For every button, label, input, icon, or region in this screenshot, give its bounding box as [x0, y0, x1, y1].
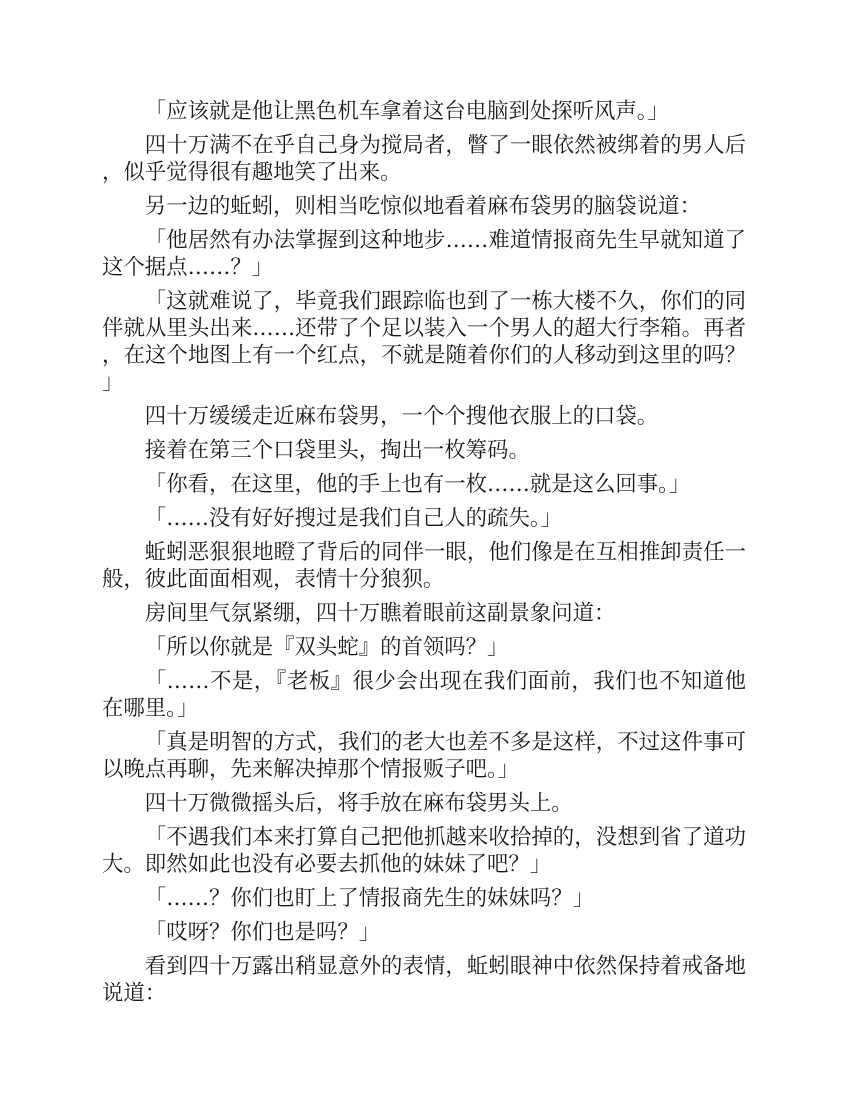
- paragraph: 蚯蚓恶狠狠地瞪了背后的同伴一眼，他们像是在互相推卸责任一般，彼此面面相观，表情十…: [102, 539, 746, 593]
- paragraph: 接着在第三个口袋里头，掏出一枚筹码。: [102, 437, 746, 464]
- paragraph: 「……？你们也盯上了情报商先生的妹妹吗？」: [102, 885, 746, 912]
- paragraph: 「真是明智的方式，我们的老大也差不多是这样，不过这件事可以晚点再聊，先来解决掉那…: [102, 729, 746, 783]
- paragraph: 「应该就是他让黑色机车拿着这台电脑到处探听风声。」: [102, 98, 746, 125]
- paragraph: 四十万微微摇头后，将手放在麻布袋男头上。: [102, 790, 746, 817]
- paragraph: 「不遇我们本来打算自己把他抓越来收拾掉的，没想到省了道功大。即然如此也没有必要去…: [102, 824, 746, 878]
- paragraph: 房间里气氛紧绷，四十万瞧着眼前这副景象问道：: [102, 600, 746, 627]
- document-page: 「应该就是他让黑色机车拿着这台电脑到处探听风声。」 四十万满不在乎自己身为搅局者…: [102, 98, 746, 1014]
- paragraph: 「这就难说了，毕竟我们跟踪临也到了一栋大楼不久，你们的同伴就从里头出来……还带了…: [102, 288, 746, 396]
- paragraph: 另一边的蚯蚓，则相当吃惊似地看着麻布袋男的脑袋说道：: [102, 193, 746, 220]
- paragraph: 「……不是，『老板』很少会出现在我们面前，我们也不知道他在哪里。」: [102, 668, 746, 722]
- paragraph: 「他居然有办法掌握到这种地步……难道情报商先生早就知道了这个据点……？」: [102, 227, 746, 281]
- paragraph: 「……没有好好搜过是我们自己人的疏失。」: [102, 505, 746, 532]
- paragraph: 四十万满不在乎自己身为搅局者，瞥了一眼依然被绑着的男人后，似乎觉得很有趣地笑了出…: [102, 132, 746, 186]
- paragraph: 四十万缓缓走近麻布袋男，一个个搜他衣服上的口袋。: [102, 403, 746, 430]
- paragraph: 「哎呀？你们也是吗？」: [102, 919, 746, 946]
- paragraph: 「你看，在这里，他的手上也有一枚……就是这么回事。」: [102, 471, 746, 498]
- paragraph: 「所以你就是『双头蛇』的首领吗？」: [102, 634, 746, 661]
- paragraph: 看到四十万露出稍显意外的表情，蚯蚓眼神中依然保持着戒备地说道：: [102, 953, 746, 1007]
